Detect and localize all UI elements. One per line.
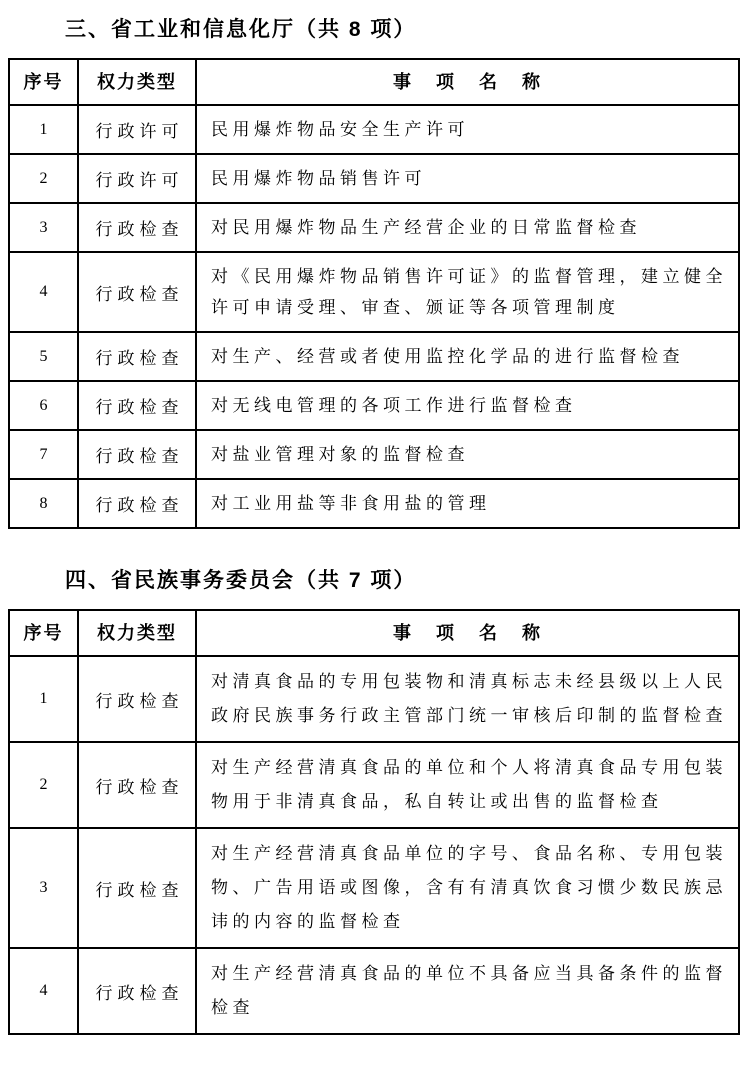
cell-serial: 1 xyxy=(9,105,78,154)
cell-item-name: 对生产、经营或者使用监控化学品的进行监督检查 xyxy=(196,332,739,381)
table-row: 6 行政检查 对无线电管理的各项工作进行监督检查 xyxy=(9,381,739,430)
header-power-type: 权力类型 xyxy=(78,59,196,105)
cell-power-type: 行政检查 xyxy=(78,742,196,828)
cell-serial: 4 xyxy=(9,252,78,332)
cell-serial: 3 xyxy=(9,203,78,252)
cell-serial: 2 xyxy=(9,742,78,828)
table-row: 3 行政检查 对生产经营清真食品单位的字号、食品名称、专用包装物、广告用语或图像… xyxy=(9,828,739,948)
cell-power-type: 行政检查 xyxy=(78,479,196,528)
table-row: 2 行政许可 民用爆炸物品销售许可 xyxy=(9,154,739,203)
document-page: 三、省工业和信息化厅（共 8 项） 序号 权力类型 事 项 名 称 1 行政许可… xyxy=(0,0,747,1035)
cell-serial: 3 xyxy=(9,828,78,948)
cell-power-type: 行政检查 xyxy=(78,252,196,332)
cell-power-type: 行政检查 xyxy=(78,656,196,742)
table-row: 4 行政检查 对《民用爆炸物品销售许可证》的监督管理，建立健全许可申请受理、审查… xyxy=(9,252,739,332)
cell-power-type: 行政检查 xyxy=(78,828,196,948)
cell-power-type: 行政检查 xyxy=(78,948,196,1034)
cell-item-name: 对生产经营清真食品的单位不具备应当具备条件的监督检查 xyxy=(196,948,739,1034)
section-title-ethnic-affairs-commission: 四、省民族事务委员会（共 7 项） xyxy=(65,567,740,595)
cell-serial: 2 xyxy=(9,154,78,203)
cell-item-name: 对无线电管理的各项工作进行监督检查 xyxy=(196,381,739,430)
cell-power-type: 行政检查 xyxy=(78,430,196,479)
header-item-name: 事 项 名 称 xyxy=(196,610,739,656)
cell-serial: 8 xyxy=(9,479,78,528)
table-row: 4 行政检查 对生产经营清真食品的单位不具备应当具备条件的监督检查 xyxy=(9,948,739,1034)
cell-power-type: 行政检查 xyxy=(78,332,196,381)
cell-item-name: 对工业用盐等非食用盐的管理 xyxy=(196,479,739,528)
power-items-table-ethnic-affairs: 序号 权力类型 事 项 名 称 1 行政检查 对清真食品的专用包装物和清真标志未… xyxy=(8,609,740,1035)
cell-item-name: 对清真食品的专用包装物和清真标志未经县级以上人民政府民族事务行政主管部门统一审核… xyxy=(196,656,739,742)
table-row: 1 行政许可 民用爆炸物品安全生产许可 xyxy=(9,105,739,154)
cell-item-name: 民用爆炸物品销售许可 xyxy=(196,154,739,203)
cell-power-type: 行政许可 xyxy=(78,154,196,203)
header-item-name: 事 项 名 称 xyxy=(196,59,739,105)
cell-item-name: 对民用爆炸物品生产经营企业的日常监督检查 xyxy=(196,203,739,252)
table-header-row: 序号 权力类型 事 项 名 称 xyxy=(9,59,739,105)
cell-item-name: 对盐业管理对象的监督检查 xyxy=(196,430,739,479)
cell-power-type: 行政许可 xyxy=(78,105,196,154)
cell-item-name: 对生产经营清真食品的单位和个人将清真食品专用包装物用于非清真食品，私自转让或出售… xyxy=(196,742,739,828)
cell-serial: 5 xyxy=(9,332,78,381)
header-serial-number: 序号 xyxy=(9,59,78,105)
header-power-type: 权力类型 xyxy=(78,610,196,656)
cell-serial: 6 xyxy=(9,381,78,430)
cell-item-name: 对《民用爆炸物品销售许可证》的监督管理，建立健全许可申请受理、审查、颁证等各项管… xyxy=(196,252,739,332)
cell-item-name: 民用爆炸物品安全生产许可 xyxy=(196,105,739,154)
header-serial-number: 序号 xyxy=(9,610,78,656)
cell-power-type: 行政检查 xyxy=(78,381,196,430)
cell-serial: 1 xyxy=(9,656,78,742)
section-title-industry-it-department: 三、省工业和信息化厅（共 8 项） xyxy=(65,16,740,44)
table-row: 7 行政检查 对盐业管理对象的监督检查 xyxy=(9,430,739,479)
table-row: 8 行政检查 对工业用盐等非食用盐的管理 xyxy=(9,479,739,528)
cell-serial: 7 xyxy=(9,430,78,479)
power-items-table-industry-it: 序号 权力类型 事 项 名 称 1 行政许可 民用爆炸物品安全生产许可 2 行政… xyxy=(8,58,740,529)
cell-item-name: 对生产经营清真食品单位的字号、食品名称、专用包装物、广告用语或图像，含有有清真饮… xyxy=(196,828,739,948)
table-row: 3 行政检查 对民用爆炸物品生产经营企业的日常监督检查 xyxy=(9,203,739,252)
table-header-row: 序号 权力类型 事 项 名 称 xyxy=(9,610,739,656)
cell-serial: 4 xyxy=(9,948,78,1034)
table-row: 5 行政检查 对生产、经营或者使用监控化学品的进行监督检查 xyxy=(9,332,739,381)
table-row: 1 行政检查 对清真食品的专用包装物和清真标志未经县级以上人民政府民族事务行政主… xyxy=(9,656,739,742)
table-row: 2 行政检查 对生产经营清真食品的单位和个人将清真食品专用包装物用于非清真食品，… xyxy=(9,742,739,828)
cell-power-type: 行政检查 xyxy=(78,203,196,252)
